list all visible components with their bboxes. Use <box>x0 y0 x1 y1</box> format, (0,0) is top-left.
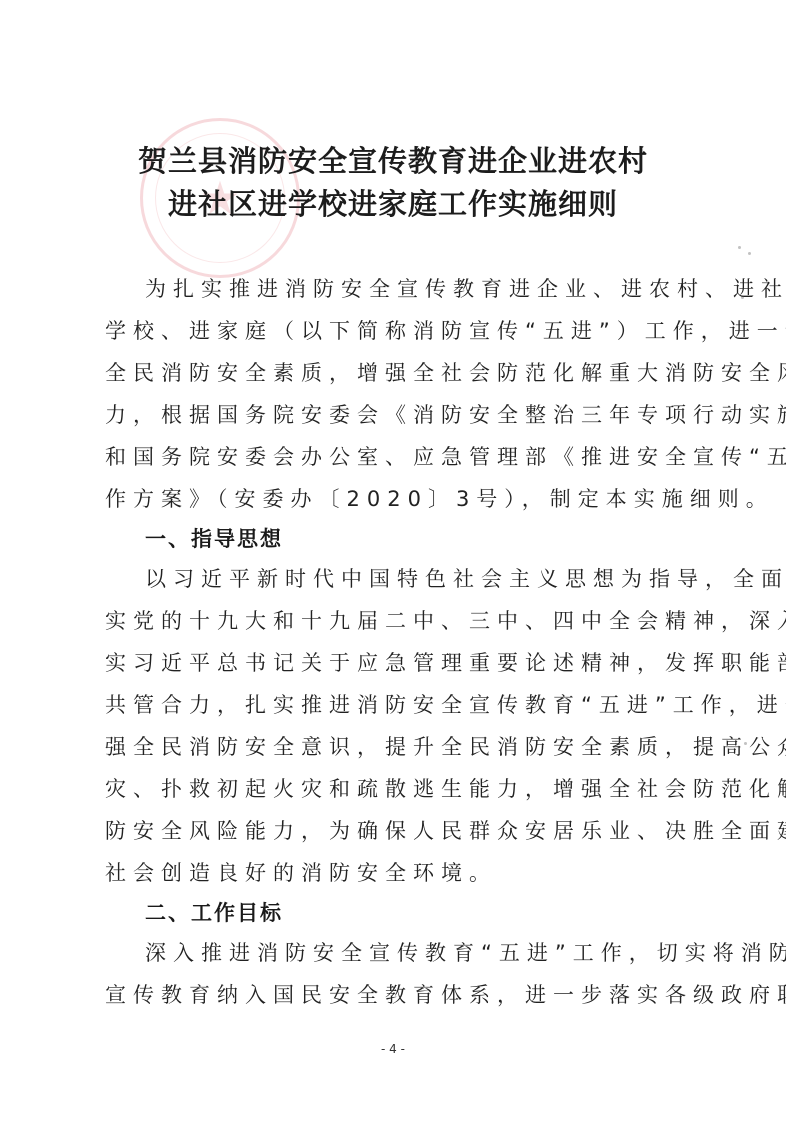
section1-paragraph-line: 实党的十九大和十九届二中、三中、四中全会精神，深入贯彻落 <box>105 611 786 632</box>
scan-speck <box>738 246 741 249</box>
intro-paragraph-line: 力，根据国务院安委会《消防安全整治三年专项行动实施方案》 <box>105 405 786 426</box>
section2-paragraph-line: 宣传教育纳入国民安全教育体系，进一步落实各级政府职能部 <box>105 985 786 1006</box>
section1-paragraph-line: 强全民消防安全意识，提升全民消防安全素质，提高公众防范火 <box>105 737 786 758</box>
section1-paragraph-line: 灾、扑救初起火灾和疏散逃生能力，增强全社会防范化解重大消 <box>105 779 786 800</box>
section1-paragraph-line: 社会创造良好的消防安全环境。 <box>105 863 497 884</box>
scan-speck <box>748 252 751 255</box>
section2-paragraph-line: 深入推进消防安全宣传教育“五进”工作，切实将消防安全 <box>145 943 786 964</box>
page-number: - 4 - <box>0 1042 786 1056</box>
document-title-line-1: 贺兰县消防安全宣传教育进企业进农村 <box>0 147 786 176</box>
section1-paragraph-line: 共管合力，扎实推进消防安全宣传教育“五进”工作，进一步增 <box>105 695 786 716</box>
section-heading-work-objectives: 二、工作目标 <box>145 903 283 924</box>
intro-paragraph-line: 作方案》（安委办〔2020〕3号），制定本实施细则。 <box>105 489 774 510</box>
document-title-line-2: 进社区进学校进家庭工作实施细则 <box>0 190 786 219</box>
intro-paragraph-line: 为扎实推进消防安全宣传教育进企业、进农村、进社区、进 <box>145 279 786 300</box>
section1-paragraph-line: 以习近平新时代中国特色社会主义思想为指导，全面贯彻落 <box>145 569 786 590</box>
intro-paragraph-line: 学校、进家庭（以下简称消防宣传“五进”）工作，进一步提升 <box>105 321 786 342</box>
section1-paragraph-line: 防安全风险能力，为确保人民群众安居乐业、决胜全面建成小康 <box>105 821 786 842</box>
section1-paragraph-line: 实习近平总书记关于应急管理重要论述精神，发挥职能部门齐抓 <box>105 653 786 674</box>
intro-paragraph-line: 和国务院安委会办公室、应急管理部《推进安全宣传“五进”工 <box>105 447 786 468</box>
intro-paragraph-line: 全民消防安全素质，增强全社会防范化解重大消防安全风险能 <box>105 363 786 384</box>
section-heading-guiding-ideology: 一、指导思想 <box>145 529 283 550</box>
